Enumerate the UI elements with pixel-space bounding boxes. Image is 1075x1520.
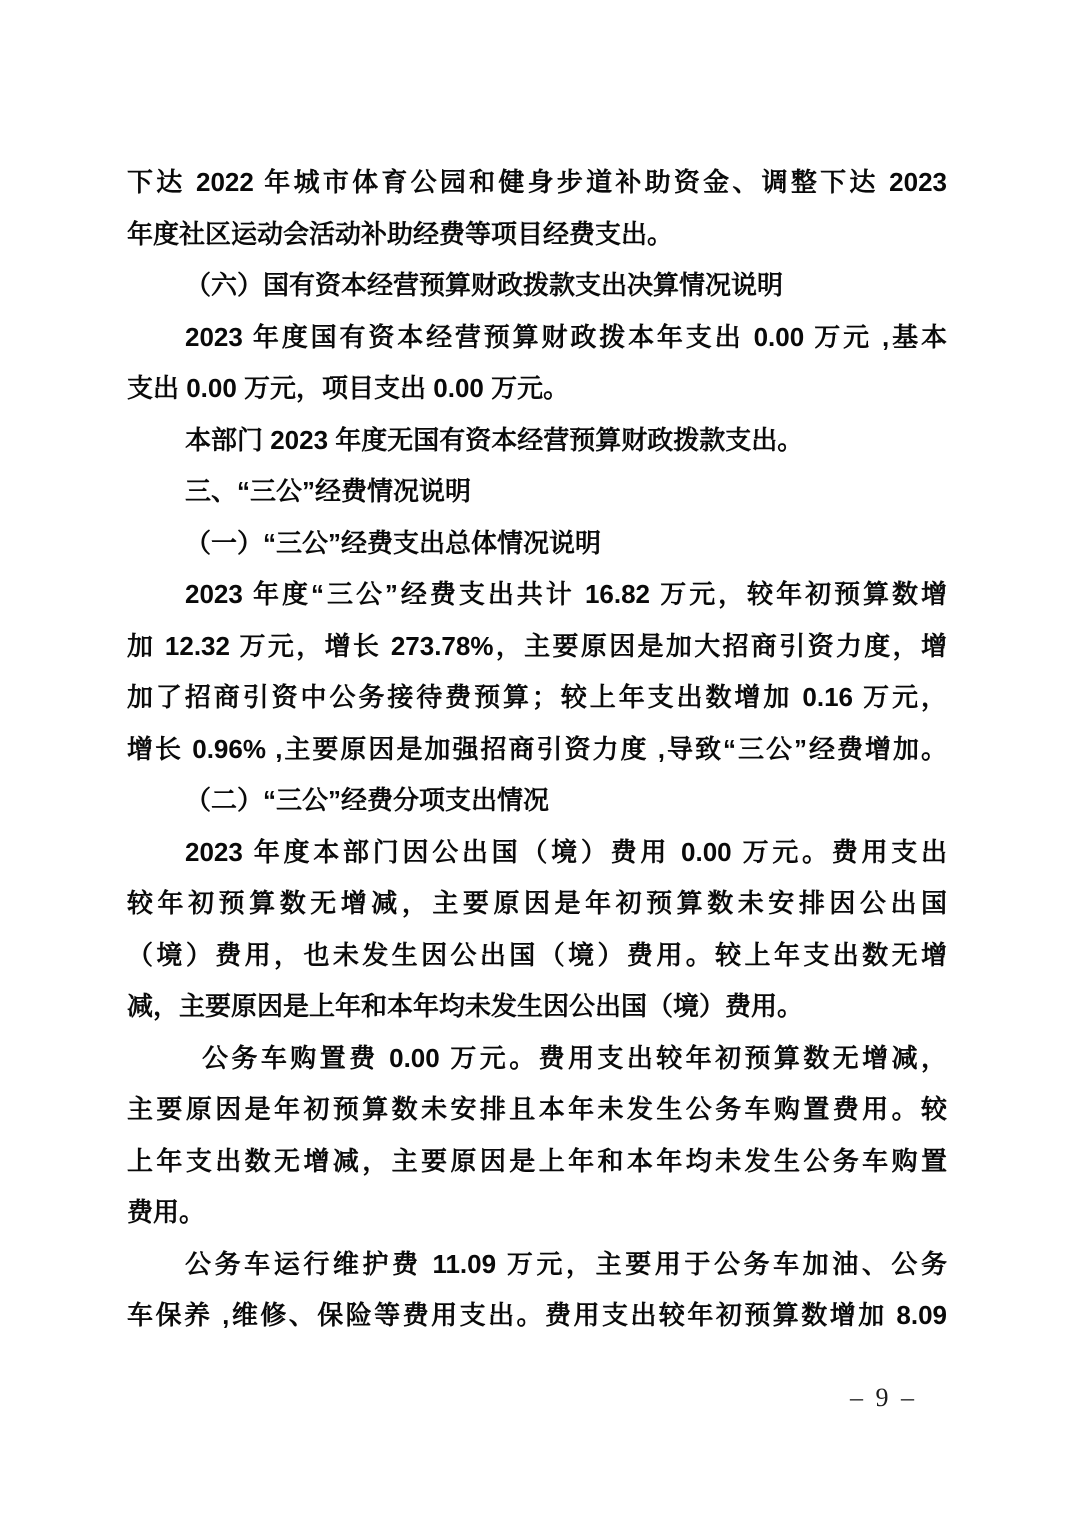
text-line: 增长 0.96% ,主要原因是加强招商引资力度 ,导致“三公”经费增加。 (127, 724, 947, 776)
text-line: 2023 年度国有资本经营预算财政拨本年支出 0.00 万元 ,基本 (127, 312, 947, 364)
text-line: （二）“三公”经费分项支出情况 (127, 775, 947, 827)
text-line: 年度社区运动会活动补助经费等项目经费支出。 (127, 209, 947, 261)
text-line: 车保养 ,维修、保险等费用支出。费用支出较年初预算数增加 8.09 (127, 1290, 947, 1342)
text-line: （一）“三公”经费支出总体情况说明 (127, 518, 947, 570)
text-line: 费用。 (127, 1187, 947, 1239)
document-body: 下达 2022 年城市体育公园和健身步道补助资金、调整下达 2023年度社区运动… (127, 157, 947, 1342)
text-line: 减，主要原因是上年和本年均未发生因公出国（境）费用。 (127, 981, 947, 1033)
text-line: 2023 年度本部门因公出国（境）费用 0.00 万元。费用支出 (127, 827, 947, 879)
text-line: 公务车运行维护费 11.09 万元，主要用于公务车加油、公务 (127, 1239, 947, 1291)
text-line: （境）费用，也未发生因公出国（境）费用。较上年支出数无增 (127, 930, 947, 982)
text-line: 支出 0.00 万元，项目支出 0.00 万元。 (127, 363, 947, 415)
text-line: 加了招商引资中公务接待费预算；较上年支出数增加 0.16 万元， (127, 672, 947, 724)
text-line: 公务车购置费 0.00 万元。费用支出较年初预算数无增减， (127, 1033, 947, 1085)
page-number: – 9 – (850, 1383, 917, 1413)
text-line: （六）国有资本经营预算财政拨款支出决算情况说明 (127, 260, 947, 312)
text-line: 主要原因是年初预算数未安排且本年未发生公务车购置费用。较 (127, 1084, 947, 1136)
text-line: 2023 年度“三公”经费支出共计 16.82 万元，较年初预算数增 (127, 569, 947, 621)
text-line: 加 12.32 万元，增长 273.78%，主要原因是加大招商引资力度，增 (127, 621, 947, 673)
text-line: 较年初预算数无增减，主要原因是年初预算数未安排因公出国 (127, 878, 947, 930)
text-line: 本部门 2023 年度无国有资本经营预算财政拨款支出。 (127, 415, 947, 467)
document-page: 下达 2022 年城市体育公园和健身步道补助资金、调整下达 2023年度社区运动… (0, 0, 1075, 1520)
text-line: 上年支出数无增减，主要原因是上年和本年均未发生公务车购置 (127, 1136, 947, 1188)
text-line: 下达 2022 年城市体育公园和健身步道补助资金、调整下达 2023 (127, 157, 947, 209)
text-line: 三、“三公”经费情况说明 (127, 466, 947, 518)
